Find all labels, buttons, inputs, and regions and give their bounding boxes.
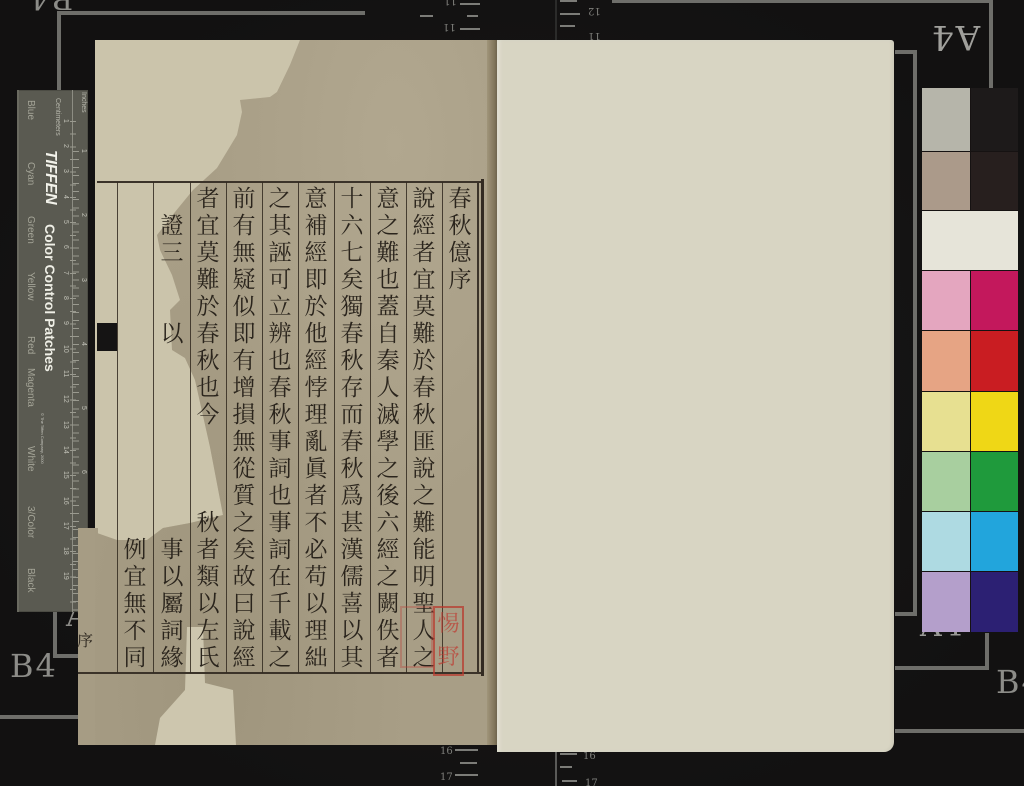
character: 其	[334, 645, 370, 672]
frame-line	[895, 612, 917, 616]
character: 無	[226, 240, 262, 267]
character: 矣	[334, 267, 370, 294]
character: 詞	[262, 537, 298, 564]
character: 疑	[226, 267, 262, 294]
character: 於	[406, 348, 442, 375]
character: 意	[298, 186, 334, 213]
character: 經	[406, 213, 442, 240]
ruler-line	[555, 0, 557, 40]
character: 悖	[298, 375, 334, 402]
character: 氏	[190, 645, 226, 672]
character: 也	[262, 348, 298, 375]
ruler-number: 16	[440, 747, 453, 757]
card-title: Color Control Patches	[43, 224, 57, 372]
cm-mark: 1	[62, 119, 69, 123]
character: 之	[226, 510, 262, 537]
fold-label: 序	[67, 630, 103, 652]
character: 春	[334, 429, 370, 456]
text-frame-bottom	[78, 672, 482, 674]
character: 苟	[298, 564, 334, 591]
character: 春	[442, 186, 478, 213]
patch-row	[922, 330, 1018, 391]
character: 七	[334, 240, 370, 267]
character: 明	[406, 564, 442, 591]
character: 於	[190, 294, 226, 321]
text-frame-right-outer	[481, 179, 484, 676]
seal-text: 惕野	[435, 608, 462, 674]
color-patch-strip	[922, 88, 1018, 633]
ruler-tick	[460, 28, 480, 30]
size-label-a4-top-right: A4	[930, 20, 980, 54]
text-column-3: 十六七矣獨春秋存而春秋爲甚漢儒喜以其	[334, 186, 370, 672]
character: 曰	[226, 591, 262, 618]
character: 宜	[406, 267, 442, 294]
cm-mark: 6	[62, 245, 69, 249]
patch-light-cyan	[922, 512, 971, 571]
character: 也	[190, 375, 226, 402]
character: 存	[334, 375, 370, 402]
ruler-tick	[460, 762, 477, 764]
character: 誣	[262, 240, 298, 267]
patch-cyan	[971, 512, 1019, 571]
color-name-red: Red	[25, 336, 35, 354]
red-seal-stamp-faint	[400, 606, 433, 668]
ruler-number: 11	[444, 0, 457, 5]
inch-mark: 2	[80, 213, 87, 217]
character: 意	[370, 186, 406, 213]
character: 自	[370, 321, 406, 348]
ruler-tick	[560, 766, 572, 768]
ruler-number: 16	[583, 752, 596, 762]
character: 屬	[154, 591, 190, 618]
character: 六	[334, 213, 370, 240]
text-frame-top	[97, 181, 482, 183]
character: 匪	[406, 429, 442, 456]
character: 甚	[334, 510, 370, 537]
size-label-b4-left: B4	[10, 650, 58, 682]
character: 左	[190, 618, 226, 645]
character: 也	[262, 483, 298, 510]
inch-mark: 3	[80, 278, 87, 282]
character: 事	[154, 537, 190, 564]
character: 絀	[298, 645, 334, 672]
character: 野	[435, 641, 462, 674]
ruler-tick	[560, 13, 580, 15]
size-label-b4-right: B4	[996, 666, 1024, 698]
inch-mark: 6	[80, 470, 87, 474]
character: 以	[190, 591, 226, 618]
cm-mark: 5	[62, 220, 69, 224]
character: 秦	[370, 348, 406, 375]
patch-indigo	[971, 572, 1019, 632]
size-label-b4-top-left: B4	[28, 0, 73, 12]
character: 者	[190, 186, 226, 213]
patch-row	[922, 270, 1018, 330]
character: 者	[406, 240, 442, 267]
inch-mark: 4	[80, 342, 87, 346]
copyright-text: © The Tiffen Company, 2000	[40, 413, 44, 464]
character: 惕	[435, 608, 462, 641]
character: 者	[190, 537, 226, 564]
patch-red	[971, 331, 1019, 391]
character: 無	[117, 591, 153, 618]
character: 宜	[190, 213, 226, 240]
character: 立	[262, 294, 298, 321]
cm-mark: 3	[62, 169, 69, 173]
patch-row	[922, 511, 1018, 571]
character: 千	[262, 591, 298, 618]
frame-line	[985, 633, 989, 670]
character: 十	[334, 186, 370, 213]
ruler-tick	[560, 25, 575, 27]
patch-row	[922, 88, 1018, 151]
cm-mark: 2	[62, 144, 69, 148]
text-column-7-bottom: 秋者類以左氏	[190, 510, 226, 672]
ruler-tick	[455, 749, 478, 751]
character: 不	[298, 510, 334, 537]
inch-mark: 5	[80, 406, 87, 410]
character: 蓋	[370, 294, 406, 321]
character: 辨	[262, 321, 298, 348]
page-hole	[97, 323, 117, 351]
character: 滅	[370, 402, 406, 429]
character: 之	[262, 186, 298, 213]
frame-line	[989, 0, 993, 88]
character: 之	[370, 213, 406, 240]
character: 人	[370, 375, 406, 402]
character: 同	[117, 645, 153, 672]
character: 在	[262, 564, 298, 591]
character: 漢	[334, 537, 370, 564]
cm-mark: 12	[62, 395, 69, 403]
frame-line	[612, 0, 993, 3]
ruler-number: 17	[585, 779, 598, 786]
character: 而	[334, 402, 370, 429]
ruler-tick	[560, 0, 577, 2]
character: 說	[406, 456, 442, 483]
character: 難	[370, 240, 406, 267]
frame-line	[57, 11, 61, 91]
patch-yellow	[971, 392, 1019, 451]
character: 也	[370, 267, 406, 294]
character: 宜	[117, 564, 153, 591]
patch-pink	[922, 271, 971, 330]
character: 緣	[154, 645, 190, 672]
color-name-green: Green	[25, 216, 35, 244]
character: 序	[442, 267, 478, 294]
character: 眞	[298, 456, 334, 483]
character: 例	[117, 537, 153, 564]
title-column: 春秋億序	[442, 186, 478, 294]
character: 難	[190, 267, 226, 294]
character: 春	[190, 321, 226, 348]
character: 增	[226, 375, 262, 402]
character: 難	[406, 321, 442, 348]
text-column-9-bottom: 例宜無不同	[117, 537, 153, 672]
ruler-number: 11	[443, 21, 456, 31]
character: 經	[226, 645, 262, 672]
inches-label: Inches	[80, 92, 87, 113]
color-name-3color: 3/Color	[25, 506, 35, 538]
character: 莫	[406, 294, 442, 321]
character: 能	[406, 537, 442, 564]
character: 者	[298, 483, 334, 510]
character: 矣	[226, 537, 262, 564]
character: 以	[154, 321, 190, 348]
text-column-8-fragment: 證三	[154, 213, 190, 267]
text-column-8-bottom: 事以屬詞緣	[154, 537, 190, 672]
character: 之	[370, 456, 406, 483]
character: 可	[262, 267, 298, 294]
patch-black	[971, 88, 1019, 151]
character: 質	[226, 483, 262, 510]
cm-mark: 16	[62, 497, 69, 505]
cm-mark: 8	[62, 296, 69, 300]
card-edge-line	[17, 90, 19, 612]
patch-row	[922, 151, 1018, 210]
patch-salmon	[922, 331, 971, 391]
character: 三	[154, 240, 190, 267]
character: 秋	[406, 402, 442, 429]
character: 難	[406, 510, 442, 537]
character: 即	[226, 321, 262, 348]
character: 證	[154, 213, 190, 240]
character: 亂	[298, 429, 334, 456]
ruler-tick	[455, 774, 478, 776]
character: 春	[406, 375, 442, 402]
character: 秋	[190, 510, 226, 537]
text-column-1: 說經者宜莫難於春秋匪說之難能明聖人之	[406, 186, 442, 672]
character: 詞	[262, 456, 298, 483]
color-name-yellow: Yellow	[25, 272, 35, 301]
cm-mark: 18	[62, 547, 69, 555]
character: 之	[406, 483, 442, 510]
character: 以	[154, 564, 190, 591]
cm-mark: 7	[62, 271, 69, 275]
patch-light-yellow	[922, 392, 971, 451]
color-name-cyan: Cyan	[25, 162, 35, 185]
frame-line	[0, 715, 80, 719]
text-column-8-fragment: 以	[154, 321, 190, 348]
inch-mark: 1	[80, 149, 87, 153]
character: 損	[226, 402, 262, 429]
character: 之	[262, 645, 298, 672]
patch-light-gray	[922, 88, 971, 151]
character: 經	[370, 537, 406, 564]
character: 說	[406, 186, 442, 213]
ruler-tick	[560, 753, 577, 755]
color-name-blue: Blue	[25, 100, 35, 120]
ruler-number: 11	[588, 30, 601, 40]
frame-line	[895, 729, 1024, 733]
patch-green	[971, 452, 1019, 511]
character: 必	[298, 537, 334, 564]
ruler-tick	[420, 15, 433, 17]
character: 無	[226, 429, 262, 456]
character: 他	[298, 321, 334, 348]
cm-mark: 14	[62, 446, 69, 454]
character: 詞	[154, 618, 190, 645]
patch-row	[922, 571, 1018, 632]
text-column-4: 意補經即於他經悖理亂眞者不必苟以理絀	[298, 186, 334, 672]
character: 說	[226, 618, 262, 645]
character: 喜	[334, 591, 370, 618]
character: 爲	[334, 483, 370, 510]
patch-white	[922, 211, 1018, 270]
character: 不	[117, 618, 153, 645]
character: 事	[262, 429, 298, 456]
patch-taupe	[922, 152, 971, 210]
frame-line	[57, 11, 365, 15]
color-name-black: Black	[25, 568, 35, 592]
scan-stage: B4 A4 B4 B4 A4 A4 11 11 12 11 16 17 16 1…	[0, 0, 1024, 786]
cm-mark: 11	[62, 370, 69, 377]
patch-magenta	[971, 271, 1019, 330]
character: 獨	[334, 294, 370, 321]
frame-line	[895, 666, 989, 670]
cm-mark: 9	[62, 321, 69, 325]
character: 有	[226, 213, 262, 240]
character: 理	[298, 402, 334, 429]
character: 事	[262, 510, 298, 537]
patch-row	[922, 210, 1018, 270]
character: 春	[334, 321, 370, 348]
character: 秋	[262, 402, 298, 429]
character: 經	[298, 240, 334, 267]
character: 莫	[190, 240, 226, 267]
ruler-number: 12	[588, 5, 601, 15]
patch-row	[922, 391, 1018, 451]
cm-mark: 13	[62, 421, 69, 429]
character: 六	[370, 510, 406, 537]
character: 以	[334, 618, 370, 645]
character: 序	[67, 630, 103, 652]
character: 故	[226, 564, 262, 591]
character: 秋	[190, 348, 226, 375]
character: 於	[298, 294, 334, 321]
red-seal-stamp: 惕野	[433, 606, 464, 676]
character: 補	[298, 213, 334, 240]
character: 秋	[334, 348, 370, 375]
book-gutter	[487, 40, 497, 745]
cm-mark: 17	[62, 522, 69, 530]
character: 有	[226, 348, 262, 375]
right-page-blank	[497, 40, 894, 752]
character: 似	[226, 294, 262, 321]
cm-mark: 10	[62, 345, 69, 353]
tiffen-logo: TIFFEN	[42, 150, 58, 204]
character: 秋	[442, 213, 478, 240]
cm-mark: 4	[62, 195, 69, 199]
ruler-tick	[562, 780, 577, 782]
ruler-tick	[460, 3, 480, 5]
centimeters-label: Centimeters	[54, 98, 61, 136]
character: 理	[298, 618, 334, 645]
character: 從	[226, 456, 262, 483]
character: 類	[190, 564, 226, 591]
ruler-tick	[467, 15, 478, 17]
character: 即	[298, 267, 334, 294]
text-column-7-top: 者宜莫難於春秋也今	[190, 186, 226, 429]
cm-mark: 19	[62, 572, 69, 580]
patch-row	[922, 451, 1018, 511]
character: 秋	[334, 456, 370, 483]
frame-line	[913, 50, 917, 616]
character: 之	[370, 564, 406, 591]
character: 後	[370, 483, 406, 510]
character: 其	[262, 213, 298, 240]
character: 儒	[334, 564, 370, 591]
color-name-magenta: Magenta	[25, 368, 35, 407]
text-column-6: 前有無疑似即有增損無從質之矣故曰說經	[226, 186, 262, 672]
ruler-number: 17	[440, 773, 453, 783]
character: 今	[190, 402, 226, 429]
character: 前	[226, 186, 262, 213]
color-name-white: White	[25, 446, 35, 472]
patch-light-green	[922, 452, 971, 511]
character: 學	[370, 429, 406, 456]
character: 載	[262, 618, 298, 645]
patch-dark-brown	[971, 152, 1019, 210]
character: 以	[298, 591, 334, 618]
cm-mark: 15	[62, 471, 69, 479]
text-column-2: 意之難也蓋自秦人滅學之後六經之闕佚者	[370, 186, 406, 672]
character: 春	[262, 375, 298, 402]
character: 億	[442, 240, 478, 267]
patch-lavender	[922, 572, 971, 632]
text-column-5: 之其誣可立辨也春秋事詞也事詞在千載之	[262, 186, 298, 672]
character: 經	[298, 348, 334, 375]
